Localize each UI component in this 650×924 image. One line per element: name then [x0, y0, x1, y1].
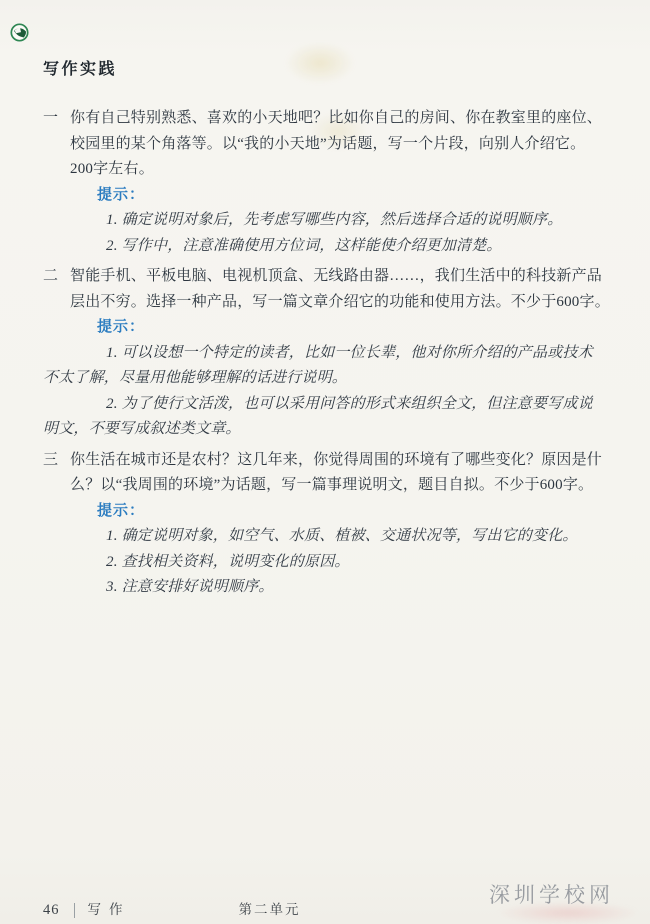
watermark: 深圳学校网 — [489, 879, 614, 909]
section-heading: 写作实践 — [43, 0, 616, 80]
page-footer: 46 写作 第二单元 — [43, 901, 301, 919]
exercise-1-hint-item: 1. 确定说明对象后，先考虑写哪些内容，然后选择合适的说明顺序。 — [43, 208, 616, 234]
exercise-1: 一 你有自己特别熟悉、喜欢的小天地吧？比如你自己的房间、你在教室里的座位、 校园… — [43, 106, 616, 259]
exercise-3-hint-item: 2. 查找相关资料，说明变化的原因。 — [43, 550, 616, 576]
exercise-2-hint-item: 2. 为了使行文活泼，也可以采用问答的形式来组织全文，但注意要写成说 明文，不要… — [43, 392, 616, 443]
footer-divider — [74, 903, 75, 918]
footer-section-label: 写作 — [88, 901, 131, 919]
exercise-3-hint-item: 1. 确定说明对象，如空气、水质、植被、交通状况等，写出它的变化。 — [43, 524, 616, 550]
exercise-1-hint-label: 提示： — [97, 183, 616, 209]
exercise-2-text: 智能手机、平板电脑、电视机顶盒、无线路由器……，我们生活中的科技新产品 层出不穷… — [70, 264, 616, 315]
footer-unit-label: 第二单元 — [239, 901, 301, 919]
exercise-2: 二 智能手机、平板电脑、电视机顶盒、无线路由器……，我们生活中的科技新产品 层出… — [43, 264, 616, 443]
textbook-page: 写作实践 一 你有自己特别熟悉、喜欢的小天地吧？比如你自己的房间、你在教室里的座… — [0, 0, 650, 924]
page-number: 46 — [43, 901, 60, 919]
exercise-2-hint-label: 提示： — [97, 315, 616, 341]
green-circle-book-icon — [10, 23, 29, 42]
exercise-1-number: 一 — [43, 106, 58, 132]
exercise-1-text: 你有自己特别熟悉、喜欢的小天地吧？比如你自己的房间、你在教室里的座位、 校园里的… — [70, 106, 616, 183]
exercise-1-hint-item: 2. 写作中，注意准确使用方位词，这样能使介绍更加清楚。 — [43, 234, 616, 260]
exercise-3-hint-label: 提示： — [97, 499, 616, 525]
exercise-3-number: 三 — [43, 448, 58, 474]
exercise-3-hint-item: 3. 注意安排好说明顺序。 — [43, 575, 616, 601]
exercise-3-text: 你生活在城市还是农村？这几年来，你觉得周围的环境有了哪些变化？原因是什 么？以“… — [70, 448, 616, 499]
exercise-3: 三 你生活在城市还是农村？这几年来，你觉得周围的环境有了哪些变化？原因是什 么？… — [43, 448, 616, 601]
exercise-2-number: 二 — [43, 264, 58, 290]
exercise-2-hint-item: 1. 可以设想一个特定的读者，比如一位长辈，他对你所介绍的产品或技术 不太了解，… — [43, 341, 616, 392]
